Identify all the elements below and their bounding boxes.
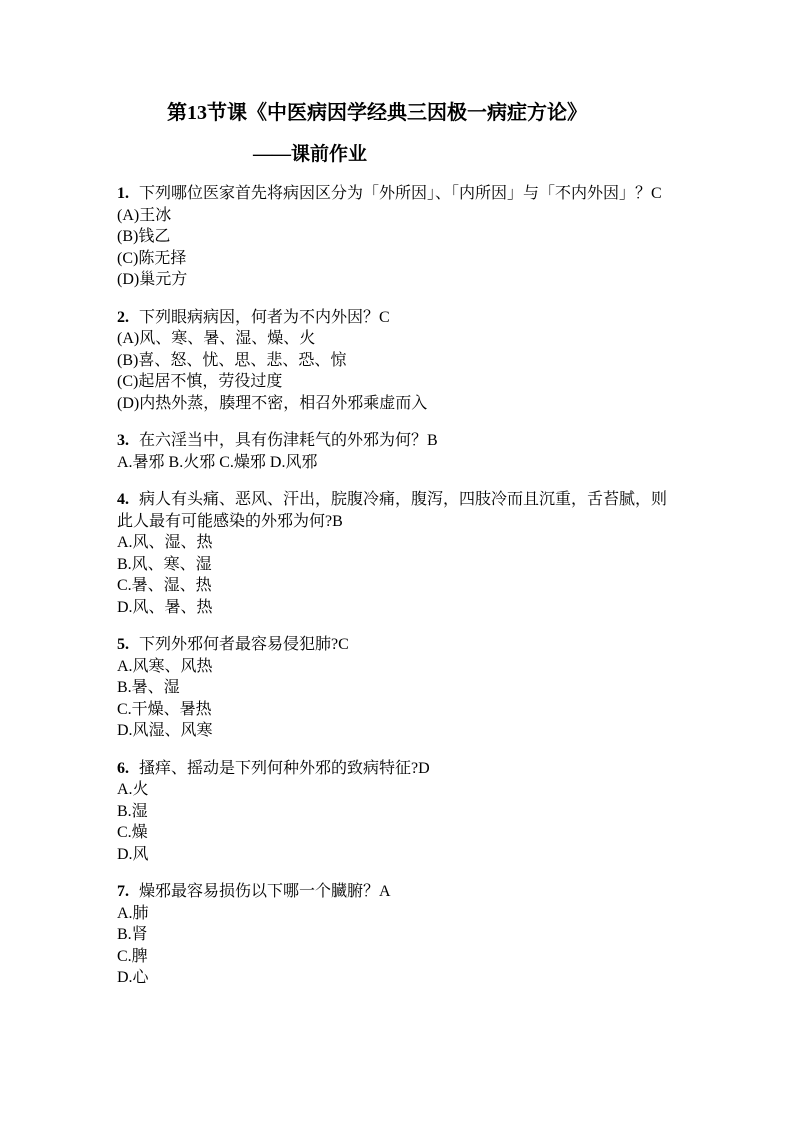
option-line: D.心 [117, 967, 680, 989]
question-block: 1.下列哪位医家首先将病因区分为「外所因」、「内所因」与「不内外因」？C (A)… [117, 183, 680, 291]
question-list: 1.下列哪位医家首先将病因区分为「外所因」、「内所因」与「不内外因」？C (A)… [117, 183, 680, 989]
question-stem-line: 5.下列外邪何者最容易侵犯肺?C [117, 634, 680, 656]
document-title: 第13节课《中医病因学经典三因极一病症方论》 [167, 101, 680, 125]
question-stem-line: 2.下列眼病病因，何者为不内外因？C [117, 307, 680, 329]
question-block: 4.病人有头痛、恶风、汗出，脘腹冷痛，腹泻，四肢冷而且沉重，舌苔腻，则此人最有可… [117, 489, 680, 618]
option-list: (A)王冰(B)钱乙(C)陈无择(D)巢元方 [117, 205, 680, 291]
document-subtitle: ——课前作业 [253, 144, 680, 166]
question-number: 1. [117, 185, 129, 202]
question-number: 6. [117, 760, 129, 777]
option-line: D.风、暑、热 [117, 597, 680, 619]
option-line: A.火 [117, 779, 680, 801]
question-block: 2.下列眼病病因，何者为不内外因？C (A)风、寒、暑、湿、燥、火(B)喜、怒、… [117, 307, 680, 415]
question-stem-line: 7.燥邪最容易损伤以下哪一个臓腑？A [117, 881, 680, 903]
option-list: A.风寒、风热B.暑、湿C.干燥、暑热D.风湿、风寒 [117, 656, 680, 742]
question-stem: 下列眼病病因，何者为不内外因？C [139, 309, 390, 326]
option-line: A.肺 [117, 903, 680, 925]
question-block: 5.下列外邪何者最容易侵犯肺?C A.风寒、风热B.暑、湿C.干燥、暑热D.风湿… [117, 634, 680, 742]
option-line: (B)钱乙 [117, 226, 680, 248]
question-stem-line: 3.在六淫当中，具有伤津耗气的外邪为何？B [117, 430, 680, 452]
option-list: A.风、湿、热B.风、寒、湿C.暑、湿、热D.风、暑、热 [117, 532, 680, 618]
option-list: (A)风、寒、暑、湿、燥、火(B)喜、怒、忧、思、悲、恐、惊(C)起居不慎，劳役… [117, 328, 680, 414]
option-list: A.暑邪 B.火邪 C.燥邪 D.风邪 [117, 452, 680, 474]
option-line: (B)喜、怒、忧、思、悲、恐、惊 [117, 350, 680, 372]
question-block: 3.在六淫当中，具有伤津耗气的外邪为何？B A.暑邪 B.火邪 C.燥邪 D.风… [117, 430, 680, 473]
option-line: C.燥 [117, 822, 680, 844]
option-line: (A)王冰 [117, 205, 680, 227]
question-stem-line: 6.搔痒、摇动是下列何种外邪的致病特征?D [117, 758, 680, 780]
question-stem-line: 1.下列哪位医家首先将病因区分为「外所因」、「内所因」与「不内外因」？C [117, 183, 680, 205]
question-number: 3. [117, 432, 129, 449]
option-line: A.暑邪 B.火邪 C.燥邪 D.风邪 [117, 452, 680, 474]
document-page: 第13节课《中医病因学经典三因极一病症方论》 ——课前作业 1.下列哪位医家首先… [0, 0, 794, 1123]
question-number: 7. [117, 883, 129, 900]
question-stem-line: 4.病人有头痛、恶风、汗出，脘腹冷痛，腹泻，四肢冷而且沉重，舌苔腻，则此人最有可… [117, 489, 680, 532]
question-stem: 燥邪最容易损伤以下哪一个臓腑？A [139, 883, 391, 900]
option-line: D.风 [117, 844, 680, 866]
option-line: D.风湿、风寒 [117, 720, 680, 742]
option-line: B.风、寒、湿 [117, 554, 680, 576]
option-line: C.干燥、暑热 [117, 699, 680, 721]
option-list: A.火B.湿C.燥D.风 [117, 779, 680, 865]
question-number: 4. [117, 491, 129, 508]
option-line: C.暑、湿、热 [117, 575, 680, 597]
question-stem: 下列哪位医家首先将病因区分为「外所因」、「内所因」与「不内外因」？C [139, 185, 662, 202]
option-list: A.肺B.肾C.脾D.心 [117, 903, 680, 989]
question-stem: 下列外邪何者最容易侵犯肺?C [139, 636, 349, 653]
option-line: B.肾 [117, 924, 680, 946]
question-block: 7.燥邪最容易损伤以下哪一个臓腑？A A.肺B.肾C.脾D.心 [117, 881, 680, 989]
option-line: C.脾 [117, 946, 680, 968]
option-line: (D)巢元方 [117, 269, 680, 291]
option-line: (D)内热外蒸，腠理不密，相召外邪乘虚而入 [117, 393, 680, 415]
option-line: (A)风、寒、暑、湿、燥、火 [117, 328, 680, 350]
option-line: B.暑、湿 [117, 677, 680, 699]
question-stem: 病人有头痛、恶风、汗出，脘腹冷痛，腹泻，四肢冷而且沉重，舌苔腻，则此人最有可能感… [117, 491, 667, 530]
option-line: (C)起居不慎，劳役过度 [117, 371, 680, 393]
option-line: B.湿 [117, 801, 680, 823]
option-line: A.风寒、风热 [117, 656, 680, 678]
question-stem: 搔痒、摇动是下列何种外邪的致病特征?D [139, 760, 430, 777]
option-line: A.风、湿、热 [117, 532, 680, 554]
question-stem: 在六淫当中，具有伤津耗气的外邪为何？B [139, 432, 438, 449]
question-number: 2. [117, 309, 129, 326]
question-block: 6.搔痒、摇动是下列何种外邪的致病特征?D A.火B.湿C.燥D.风 [117, 758, 680, 866]
option-line: (C)陈无择 [117, 248, 680, 270]
question-number: 5. [117, 636, 129, 653]
